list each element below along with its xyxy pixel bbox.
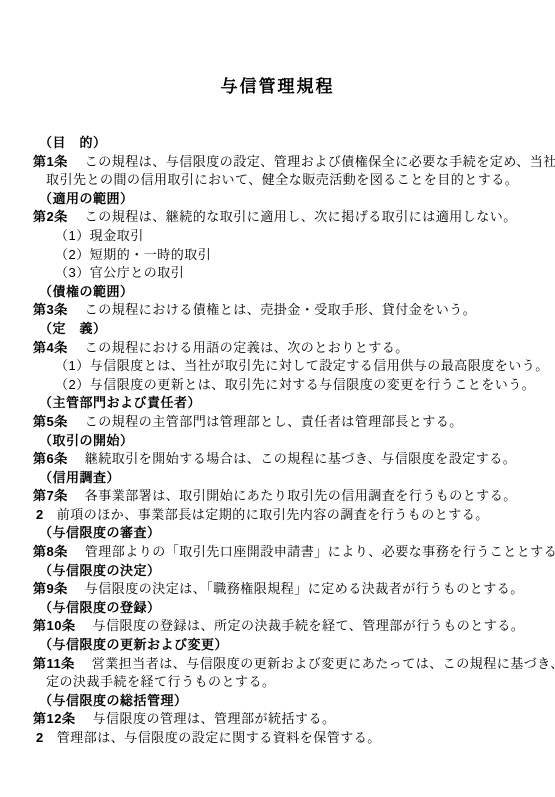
- document-line: （3）官公庁との取引: [0, 264, 555, 283]
- clause-number-label: 第11条: [33, 656, 75, 671]
- document-line: （債権の範囲）: [0, 283, 555, 302]
- line-text: 各事業部署は、取引開始にあたり取引先の信用調査を行うものとする。: [85, 488, 517, 503]
- document-line: （与信限度の審査）: [0, 524, 555, 543]
- clause-number-label: 第8条: [33, 544, 68, 559]
- line-text: （主管部門および責任者）: [39, 395, 201, 410]
- line-text: （2）短期的・一時的取引: [55, 247, 211, 262]
- document-line: 第12条与信限度の管理は、管理部が統括する。: [0, 710, 555, 729]
- line-text: 継続取引を開始する場合は、この規程に基づき、与信限度を設定する。: [85, 451, 516, 466]
- document-line: 第1条この規程は、与信限度の設定、管理および債権保全に必要な手続を定め、当社と: [0, 153, 555, 172]
- clause-number-label: 第6条: [33, 451, 68, 466]
- document-line: （信用調査）: [0, 469, 555, 488]
- document-line: （1）与信限度とは、当社が取引先に対して設定する信用供与の最高限度をいう。: [0, 357, 555, 376]
- document-line: （主管部門および責任者）: [0, 394, 555, 413]
- document-line: 第8条管理部よりの「取引先口座開設申請書」により、必要な事務を行うこととする。: [0, 543, 555, 562]
- document-page: 与信管理規程 （目 的）第1条この規程は、与信限度の設定、管理および債権保全に必…: [0, 0, 555, 797]
- line-text: 前項のほか、事業部長は定期的に取引先内容の調査を行うものとする。: [57, 507, 489, 522]
- line-text: 与信限度の管理は、管理部が統括する。: [92, 711, 335, 726]
- line-text: （3）官公庁との取引: [55, 265, 184, 280]
- document-line: （2）与信限度の更新とは、取引先に対する与信限度の変更を行うことをいう。: [0, 376, 555, 395]
- clause-number-label: 第1条: [33, 154, 68, 169]
- line-text: （与信限度の決定）: [39, 563, 161, 578]
- document-line: （与信限度の登録）: [0, 599, 555, 618]
- line-text: 営業担当者は、与信限度の更新および変更にあたっては、この規程に基づき、所: [92, 656, 555, 671]
- clause-number-label: 2: [36, 730, 44, 745]
- document-line: 第6条継続取引を開始する場合は、この規程に基づき、与信限度を設定する。: [0, 450, 555, 469]
- document-line: 第5条この規程の主管部門は管理部とし、責任者は管理部長とする。: [0, 413, 555, 432]
- line-text: （債権の範囲）: [39, 284, 134, 299]
- line-text: （適用の範囲）: [39, 191, 134, 206]
- document-line: 第2条この規程は、継続的な取引に適用し、次に掲げる取引には適用しない。: [0, 208, 555, 227]
- document-line: 第4条この規程における用語の定義は、次のとおりとする。: [0, 339, 555, 358]
- line-text: （1）与信限度とは、当社が取引先に対して設定する信用供与の最高限度をいう。: [55, 358, 549, 373]
- line-text: （取引の開始）: [39, 433, 134, 448]
- document-line: 第7条各事業部署は、取引開始にあたり取引先の信用調査を行うものとする。: [0, 487, 555, 506]
- line-text: 与信限度の登録は、所定の決裁手続を経て、管理部が行うものとする。: [92, 618, 524, 633]
- document-line: 取引先との間の信用取引において、健全な販売活動を図ることを目的とする。: [0, 171, 555, 190]
- document-line: （適用の範囲）: [0, 190, 555, 209]
- line-text: この規程における用語の定義は、次のとおりとする。: [85, 340, 409, 355]
- document-line: 第3条この規程における債権とは、売掛金・受取手形、貸付金をいう。: [0, 301, 555, 320]
- line-text: （与信限度の更新および変更）: [39, 637, 228, 652]
- line-text: 取引先との間の信用取引において、健全な販売活動を図ることを目的とする。: [46, 172, 518, 187]
- document-line: （目 的）: [0, 134, 555, 153]
- document-title: 与信管理規程: [0, 0, 555, 98]
- document-line: 2前項のほか、事業部長は定期的に取引先内容の調査を行うものとする。: [0, 506, 555, 525]
- line-text: この規程における債権とは、売掛金・受取手形、貸付金をいう。: [85, 302, 477, 317]
- line-text: この規程の主管部門は管理部とし、責任者は管理部長とする。: [85, 414, 463, 429]
- document-line: 定の決裁手続を経て行うものとする。: [0, 673, 555, 692]
- clause-number-label: 第2条: [33, 209, 68, 224]
- document-line: （2）短期的・一時的取引: [0, 246, 555, 265]
- line-text: （与信限度の審査）: [39, 525, 161, 540]
- line-text: （与信限度の総括管理）: [39, 693, 188, 708]
- line-text: （1）現金取引: [55, 228, 144, 243]
- clause-number-label: 第4条: [33, 340, 68, 355]
- document-line: （取引の開始）: [0, 432, 555, 451]
- clause-number-label: 第7条: [33, 488, 68, 503]
- document-line: 第11条営業担当者は、与信限度の更新および変更にあたっては、この規程に基づき、所: [0, 655, 555, 674]
- line-text: （信用調査）: [39, 470, 120, 485]
- document-line: （1）現金取引: [0, 227, 555, 246]
- clause-number-label: 第9条: [33, 581, 68, 596]
- clause-number-label: 第5条: [33, 414, 68, 429]
- document-line: （与信限度の総括管理）: [0, 692, 555, 711]
- line-text: （2）与信限度の更新とは、取引先に対する与信限度の変更を行うことをいう。: [55, 377, 535, 392]
- line-text: （定 義）: [39, 321, 107, 336]
- line-text: 定の決裁手続を経て行うものとする。: [46, 674, 276, 689]
- document-line: （与信限度の決定）: [0, 562, 555, 581]
- line-text: 管理部は、与信限度の設定に関する資料を保管する。: [57, 730, 381, 745]
- clause-number-label: 2: [36, 507, 44, 522]
- line-text: この規程は、与信限度の設定、管理および債権保全に必要な手続を定め、当社と: [85, 154, 555, 169]
- document-line: （与信限度の更新および変更）: [0, 636, 555, 655]
- line-text: 管理部よりの「取引先口座開設申請書」により、必要な事務を行うこととする。: [85, 544, 555, 559]
- document-line: 2管理部は、与信限度の設定に関する資料を保管する。: [0, 729, 555, 748]
- line-text: （与信限度の登録）: [39, 600, 161, 615]
- clause-number-label: 第10条: [33, 618, 75, 633]
- clause-number-label: 第3条: [33, 302, 68, 317]
- line-text: 与信限度の決定は、「職務権限規程」に定める決裁者が行うものとする。: [85, 581, 524, 596]
- line-text: （目 的）: [39, 135, 107, 150]
- document-line: （定 義）: [0, 320, 555, 339]
- clause-number-label: 第12条: [33, 711, 75, 726]
- document-line: 第9条与信限度の決定は、「職務権限規程」に定める決裁者が行うものとする。: [0, 580, 555, 599]
- document-line: 第10条与信限度の登録は、所定の決裁手続を経て、管理部が行うものとする。: [0, 617, 555, 636]
- line-text: この規程は、継続的な取引に適用し、次に掲げる取引には適用しない。: [85, 209, 517, 224]
- document-body: （目 的）第1条この規程は、与信限度の設定、管理および債権保全に必要な手続を定め…: [0, 134, 555, 748]
